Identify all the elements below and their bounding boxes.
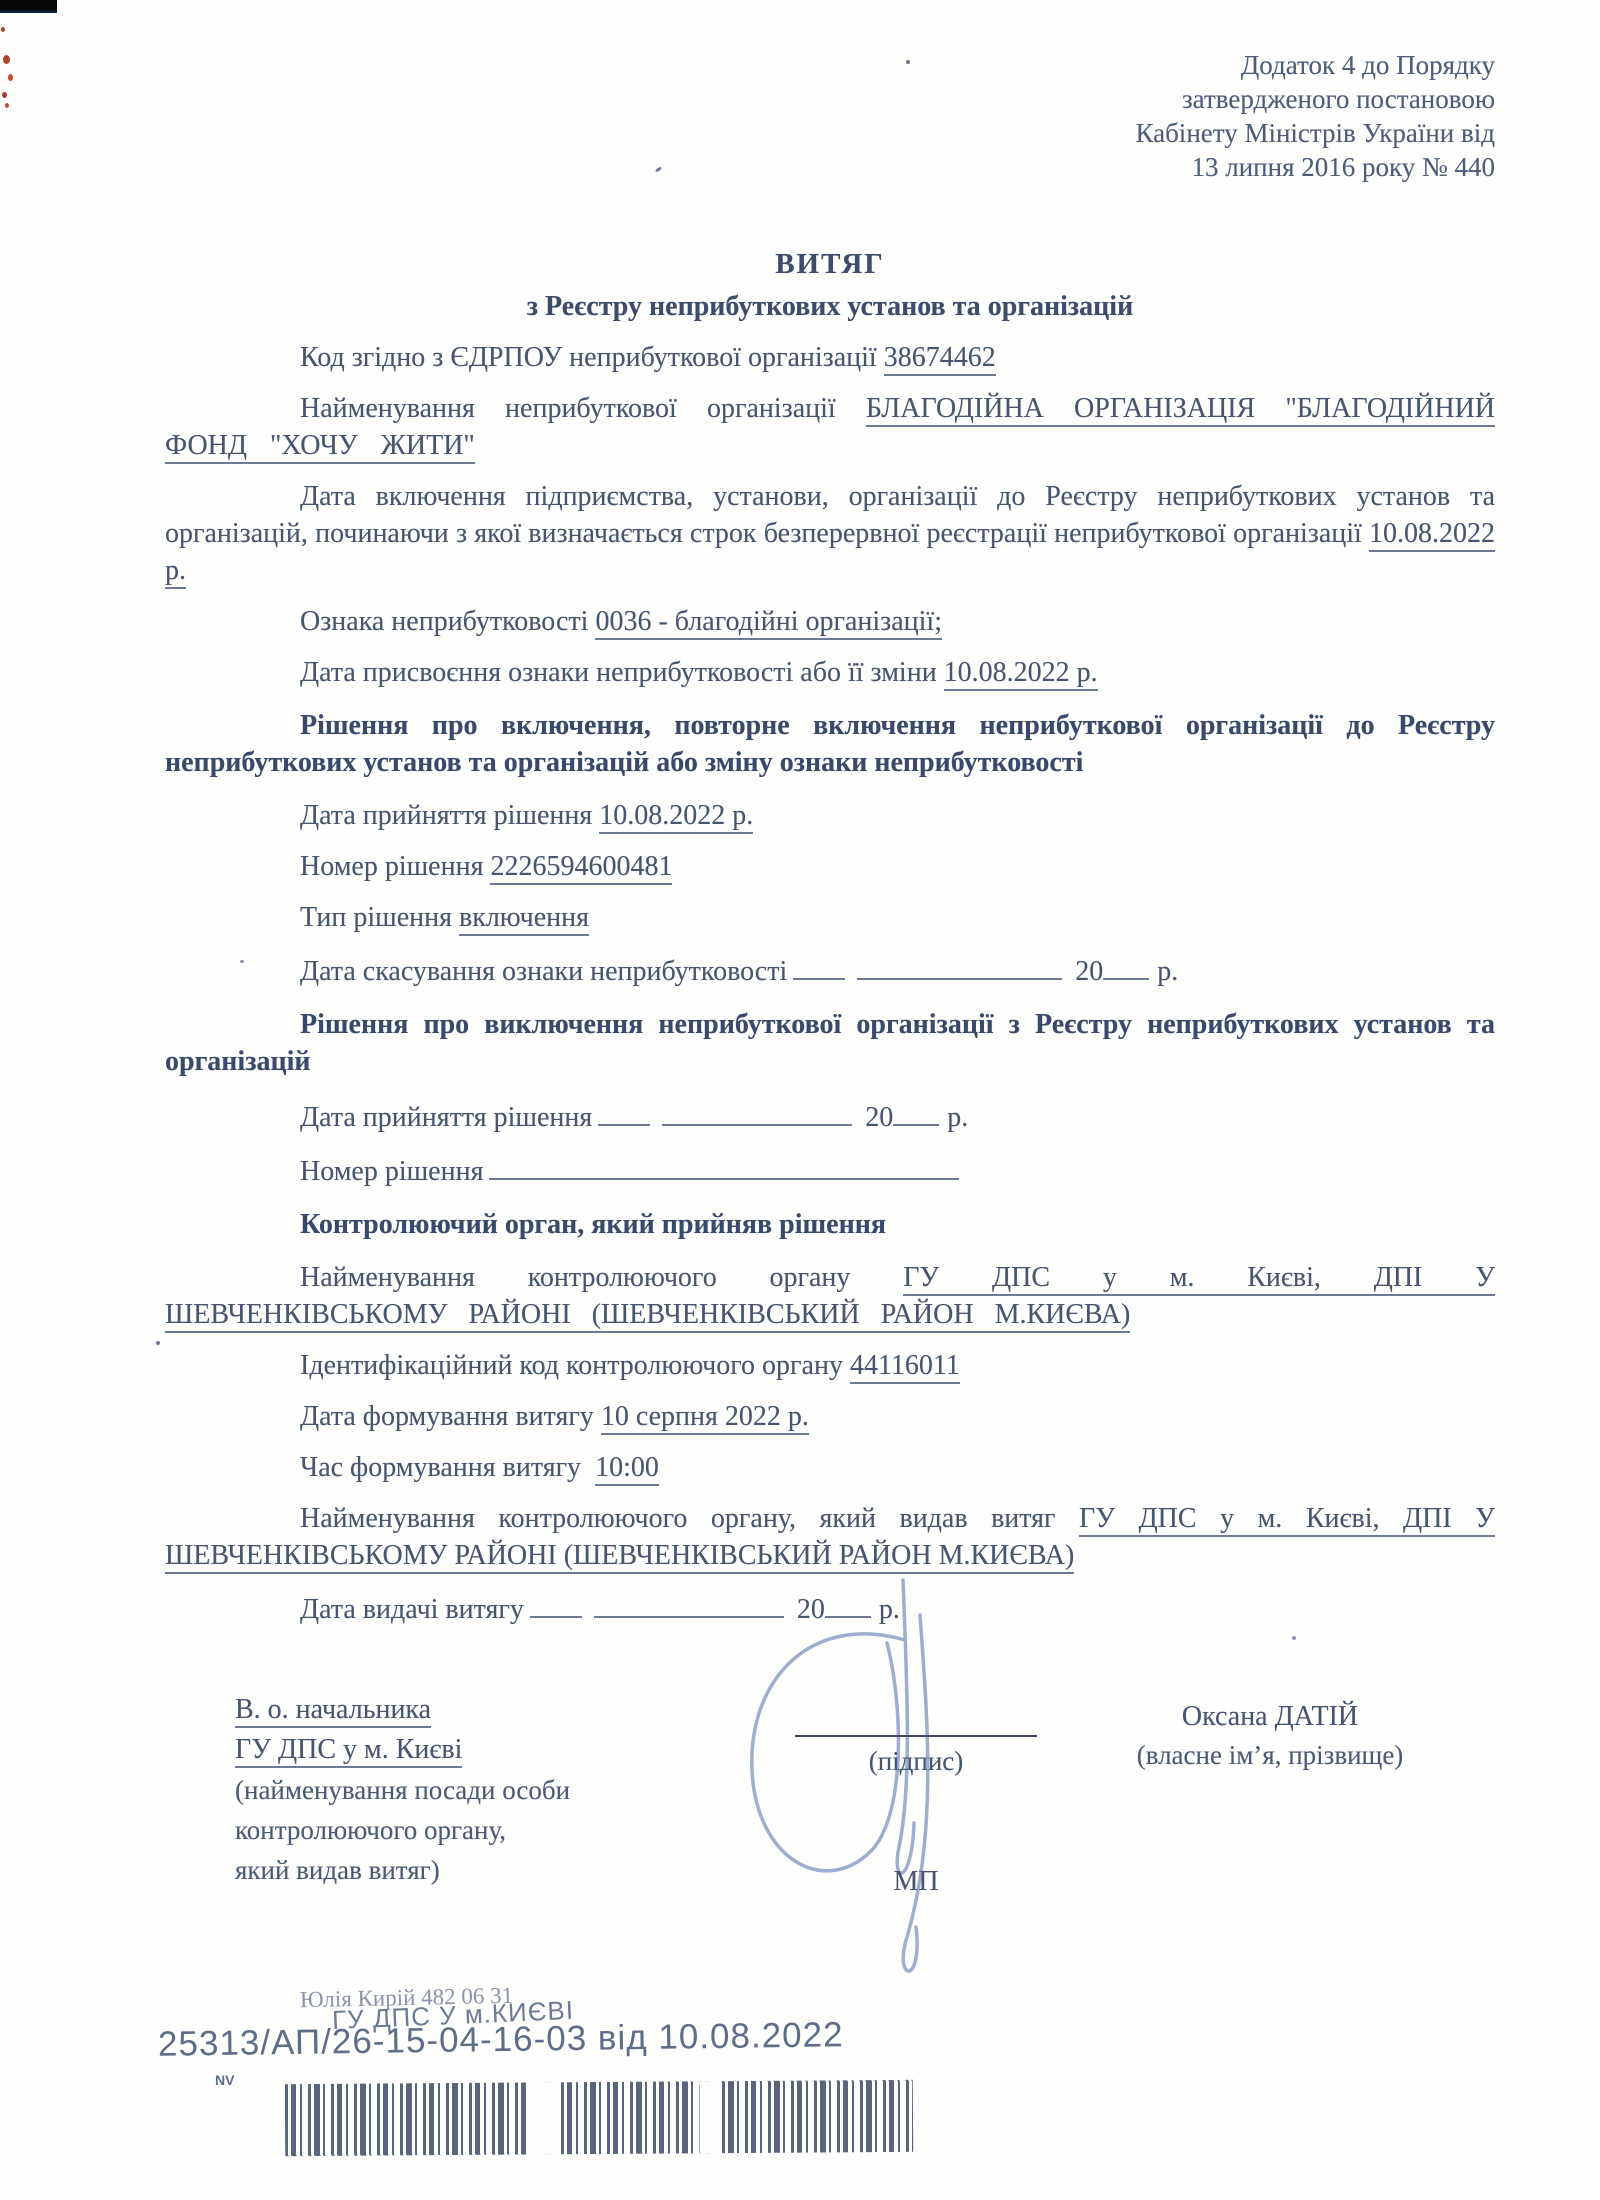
blank-line — [489, 1150, 959, 1180]
field-excl-decision-date: Дата прийняття рішення 20р. — [165, 1096, 1495, 1136]
signer-name: Оксана ДАТІЙ — [1100, 1698, 1440, 1736]
field-inclusion-date: Дата включення підприємства, установи, о… — [165, 478, 1495, 589]
field-authority-code-label: Ідентифікаційний код контролюючого орган… — [300, 1350, 843, 1381]
field-decision-type-label: Тип рішення — [300, 902, 452, 933]
field-issue-date: Дата видачі витягу 20р. — [165, 1588, 1495, 1628]
field-cancel-date-year: 20 — [1075, 956, 1103, 987]
field-org-name: Найменування неприбуткової організації Б… — [165, 390, 1495, 464]
field-issuing-authority: Найменування контролюючого органу, який … — [165, 1500, 1495, 1574]
field-edrpou: Код згідно з ЄДРПОУ неприбуткової органі… — [165, 339, 1495, 376]
scan-speck — [8, 74, 13, 81]
stamp-place-abbr: МП — [795, 1866, 1037, 1898]
signer-position-line1: В. о. начальника — [235, 1690, 715, 1730]
signer-position: В. о. начальника ГУ ДПС у м. Києві (найм… — [235, 1690, 715, 1890]
signer-name-block: Оксана ДАТІЙ (власне ім’я, прізвище) — [1100, 1698, 1440, 1774]
barcode — [285, 2080, 913, 2156]
scan-speck — [3, 55, 10, 64]
section-authority-heading: Контролюючий орган, який прийняв рішення — [165, 1206, 1495, 1243]
field-issuing-authority-label: Найменування контролюючого органу, який … — [300, 1503, 1056, 1534]
field-issue-date-suffix: р. — [879, 1594, 900, 1625]
signer-position-text2: ГУ ДПС у м. Києві — [235, 1734, 462, 1768]
field-cancel-date-suffix: р. — [1157, 956, 1178, 987]
field-org-name-label: Найменування неприбуткової організації — [300, 393, 836, 424]
stamp-small-code: NV — [215, 2072, 234, 2088]
field-authority-name-label: Найменування контролюючого органу — [300, 1262, 850, 1293]
blank-line — [893, 1096, 939, 1126]
field-extract-date-value: 10 серпня 2022 р. — [601, 1401, 809, 1435]
field-extract-time-label: Час формування витягу — [300, 1452, 581, 1483]
scan-speck — [1, 27, 5, 32]
blank-line — [1103, 950, 1149, 980]
section-inclusion-heading: Рішення про включення, повторне включенн… — [165, 707, 1495, 781]
field-edrpou-value: 38674462 — [884, 342, 996, 376]
annex-header-line: 13 липня 2016 року № 440 — [165, 150, 1495, 184]
field-cancel-date-label: Дата скасування ознаки неприбутковості — [300, 956, 787, 987]
blank-line — [598, 1096, 650, 1126]
field-decision-date-value: 10.08.2022 р. — [599, 800, 753, 834]
scan-speck — [156, 1341, 160, 1345]
signer-position-line2: ГУ ДПС у м. Києві — [235, 1730, 715, 1770]
field-edrpou-label: Код згідно з ЄДРПОУ неприбуткової органі… — [300, 342, 877, 373]
field-decision-number-label: Номер рішення — [300, 851, 483, 882]
field-authority-code-value: 44116011 — [850, 1350, 960, 1384]
field-decision-number-value: 2226594600481 — [490, 851, 672, 885]
field-issue-date-year: 20 — [797, 1594, 825, 1625]
document-title-block: ВИТЯГ з Реєстру неприбуткових установ та… — [165, 246, 1495, 325]
field-extract-date-label: Дата формування витягу — [300, 1401, 594, 1432]
field-decision-date: Дата прийняття рішення 10.08.2022 р. — [165, 797, 1495, 834]
field-extract-time: Час формування витягу 10:00 — [165, 1449, 1495, 1486]
section-exclusion-heading: Рішення про виключення неприбуткової орг… — [165, 1006, 1495, 1080]
signer-position-caption: який видав витяг) — [235, 1850, 715, 1890]
field-issue-date-label: Дата видачі витягу — [300, 1594, 524, 1625]
field-excl-decision-date-year: 20 — [865, 1102, 893, 1133]
blank-line — [857, 950, 1062, 980]
field-decision-date-label: Дата прийняття рішення — [300, 800, 592, 831]
signature-caption: (підпис) — [795, 1746, 1037, 1777]
field-extract-date: Дата формування витягу 10 серпня 2022 р. — [165, 1398, 1495, 1435]
field-decision-number: Номер рішення 2226594600481 — [165, 848, 1495, 885]
signer-position-text1: В. о. начальника — [235, 1694, 431, 1728]
signature-block: В. о. начальника ГУ ДПС у м. Києві (найм… — [165, 1690, 1495, 1940]
field-nonprofit-code: Ознака неприбутковості 0036 - благодійні… — [165, 603, 1495, 640]
field-code-assign-date-label: Дата присвоєння ознаки неприбутковості а… — [300, 657, 937, 688]
blank-line — [530, 1588, 582, 1618]
annex-header-line: Кабінету Міністрів України від — [165, 116, 1495, 150]
blank-line — [825, 1588, 871, 1618]
annex-header-line: Додаток 4 до Порядку — [165, 48, 1495, 82]
field-nonprofit-code-value: 0036 - благодійні організації; — [595, 606, 942, 640]
signer-position-caption: (найменування посади особи — [235, 1770, 715, 1810]
field-decision-type-value: включення — [459, 902, 589, 936]
annex-header: Додаток 4 до Порядку затвердженого поста… — [165, 48, 1495, 184]
signature-line — [795, 1735, 1037, 1737]
blank-line — [594, 1588, 784, 1618]
field-nonprofit-code-label: Ознака неприбутковості — [300, 606, 588, 637]
field-authority-code: Ідентифікаційний код контролюючого орган… — [165, 1347, 1495, 1384]
field-code-assign-date-value: 10.08.2022 р. — [944, 657, 1098, 691]
field-cancel-date: Дата скасування ознаки неприбутковості 2… — [165, 950, 1495, 990]
field-excl-decision-number: Номер рішення — [165, 1150, 1495, 1190]
annex-header-line: затвердженого постановою — [165, 82, 1495, 116]
blank-line — [662, 1096, 852, 1126]
field-inclusion-date-label: Дата включення підприємства, установи, о… — [165, 481, 1495, 549]
field-code-assign-date: Дата присвоєння ознаки неприбутковості а… — [165, 654, 1495, 691]
document-page: Додаток 4 до Порядку затвердженого поста… — [0, 0, 1600, 2200]
scan-artifact-corner — [0, 0, 57, 13]
stamp-registration-number: 25313/АП/26-15-04-16-03 від 10.08.2022 — [158, 2015, 844, 2065]
field-extract-time-value: 10:00 — [595, 1452, 659, 1486]
scan-speck — [5, 103, 9, 108]
signer-name-caption: (власне ім’я, прізвище) — [1100, 1736, 1440, 1774]
field-excl-decision-number-label: Номер рішення — [300, 1156, 483, 1187]
field-decision-type: Тип рішення включення — [165, 899, 1495, 936]
document-subtitle: з Реєстру неприбуткових установ та орган… — [165, 288, 1495, 325]
scan-speck — [2, 92, 7, 98]
field-excl-decision-date-suffix: р. — [947, 1102, 968, 1133]
blank-line — [793, 950, 845, 980]
signer-position-caption: контролюючого органу, — [235, 1810, 715, 1850]
document-title: ВИТЯГ — [165, 246, 1495, 283]
field-excl-decision-date-label: Дата прийняття рішення — [300, 1102, 592, 1133]
field-authority-name: Найменування контролюючого органу ГУ ДПС… — [165, 1259, 1495, 1333]
